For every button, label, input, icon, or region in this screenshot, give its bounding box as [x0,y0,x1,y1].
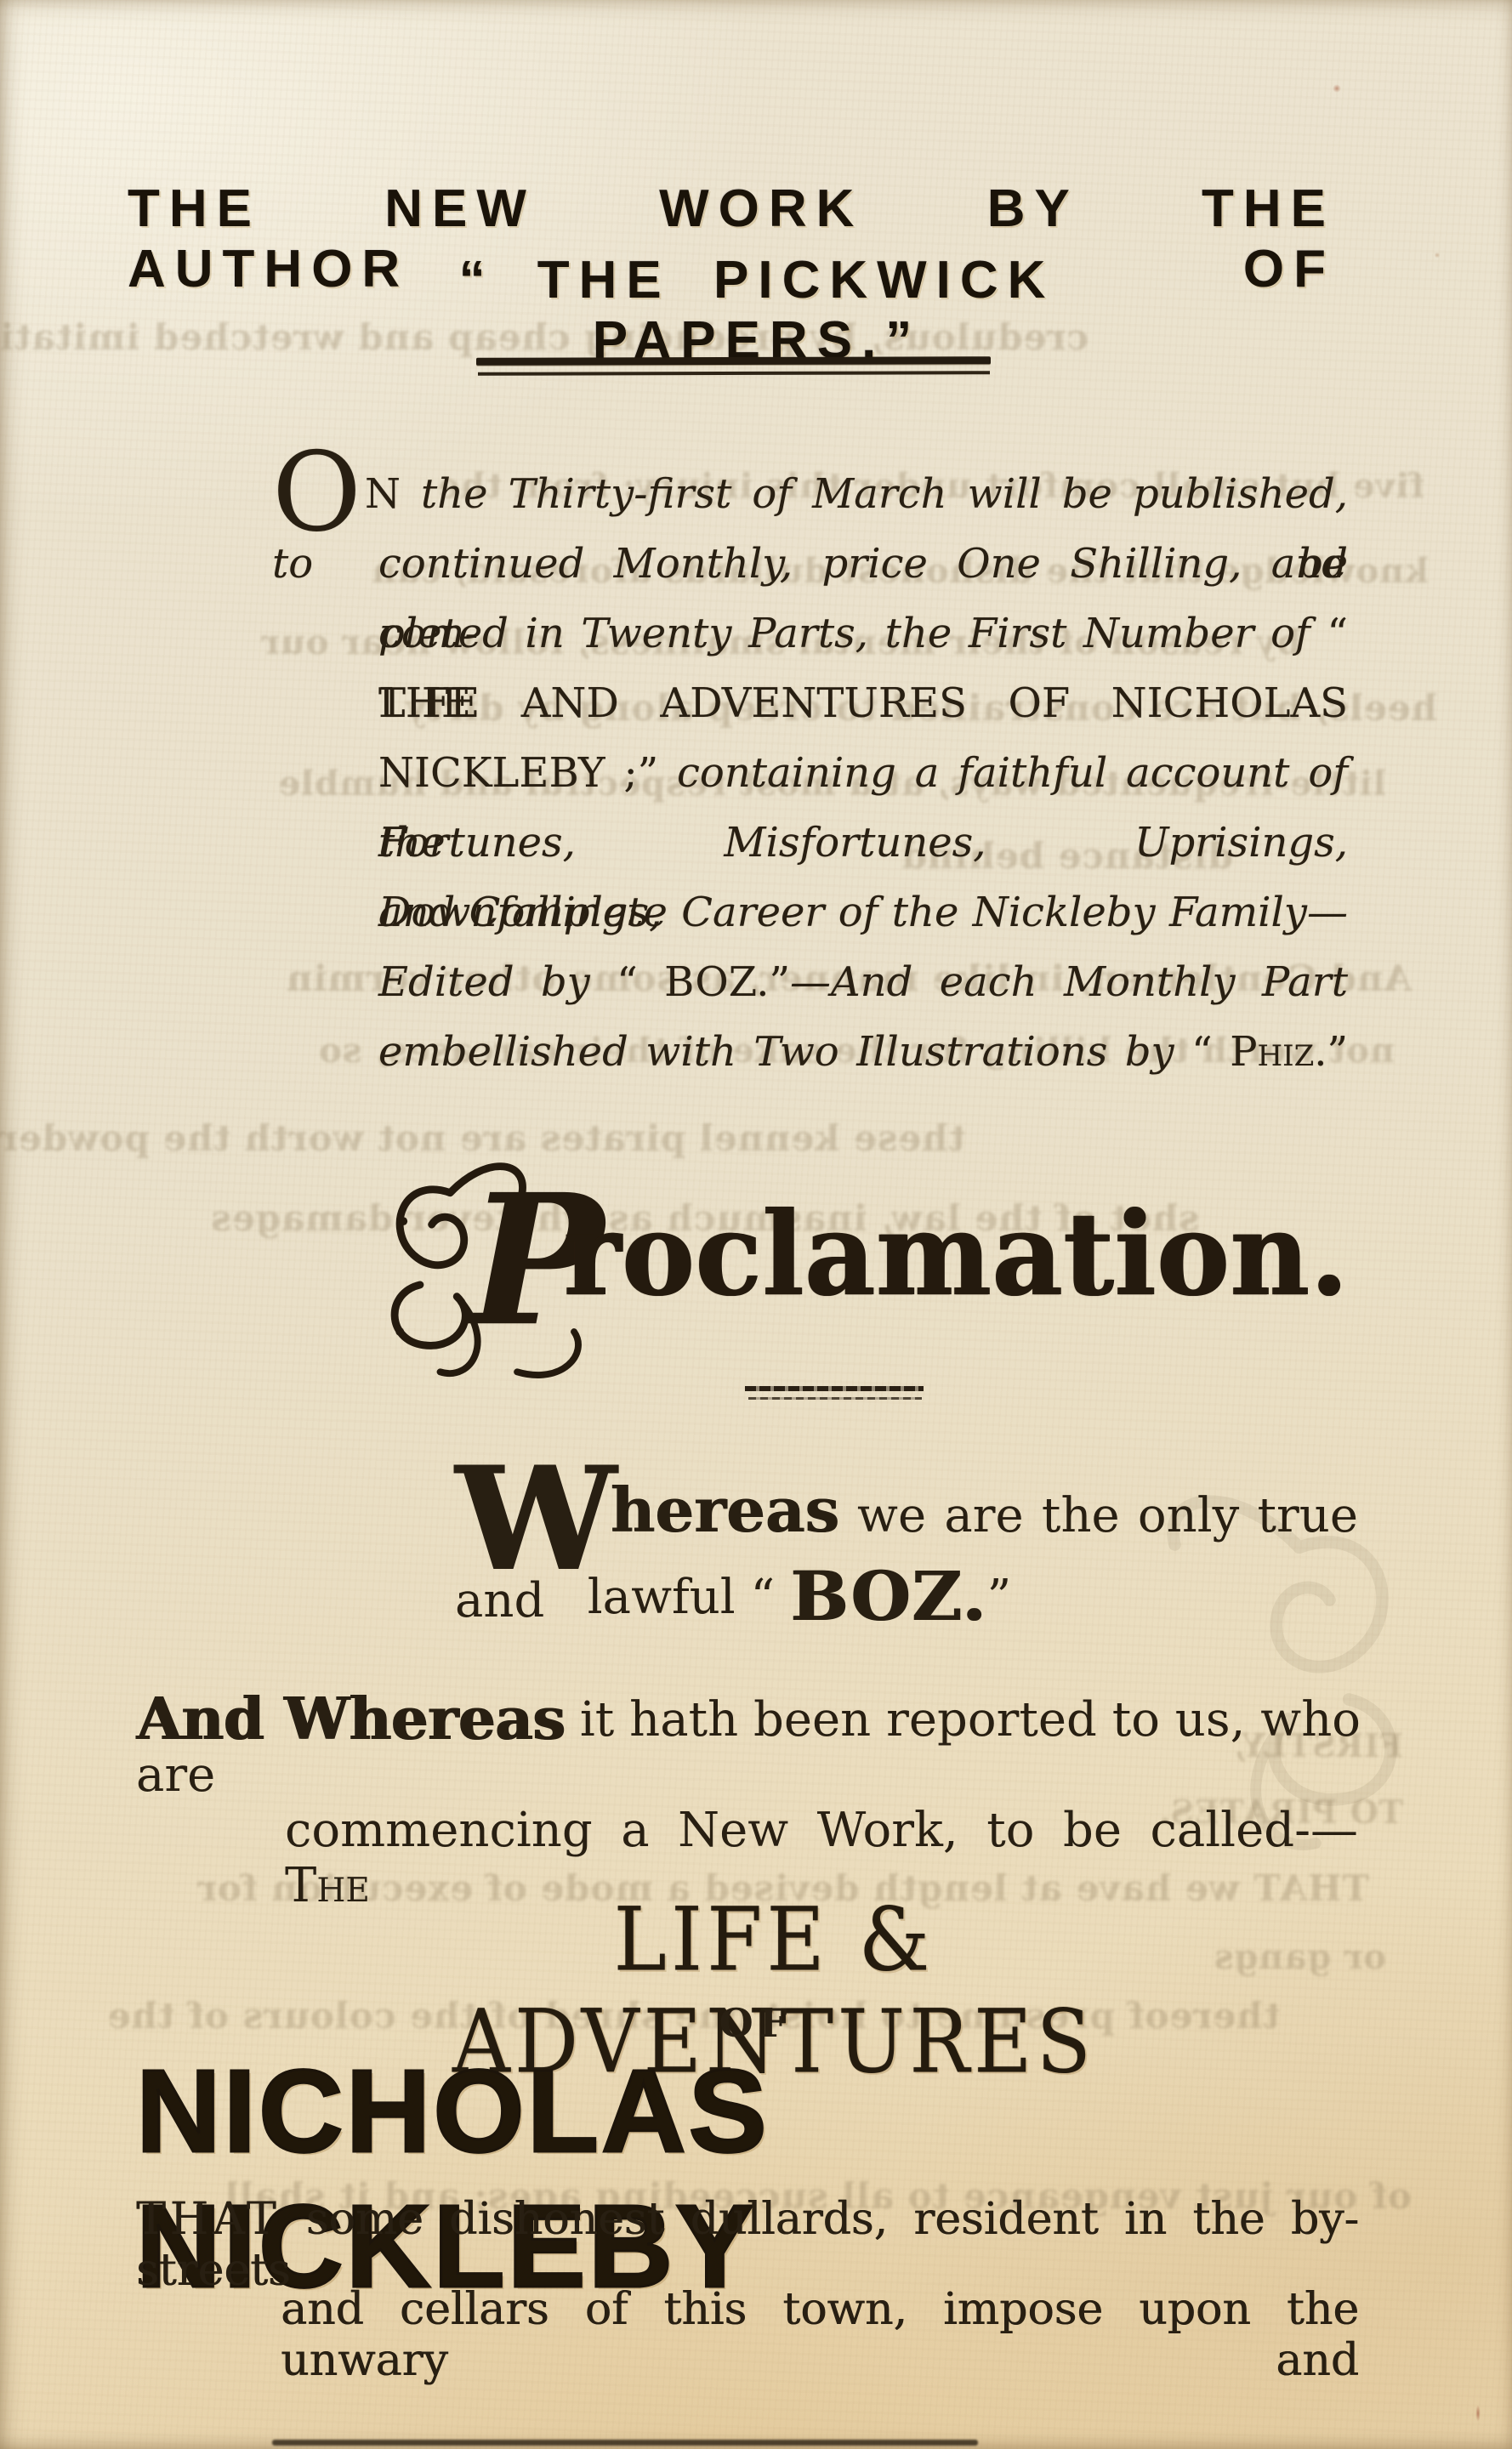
that-line1: THAT some dishonest dullards, resident i… [136,2194,1359,2296]
announcement-line: Fortunes, Misfortunes, Uprisings, Downfa… [378,808,1348,878]
that-word: THAT [136,2194,280,2245]
announcement-text: LIFE AND ADVENTURES OF NICHOLAS [378,679,1348,727]
announcement-line: embellished with Two Illustrations by “ … [378,1017,1348,1087]
small-rule-bottom [748,1397,922,1400]
announcement-text: Phiz.” [1230,1028,1348,1076]
and-whereas-line1: And Whereas it hath been reported to us,… [136,1692,1361,1803]
and-whereas-blackletter: And Whereas [136,1685,565,1753]
proclamation-word: roclamation. [563,1187,1348,1322]
double-rule-bottom [478,371,990,376]
title-of: OF [0,2000,1512,2046]
announcement-text: Edited by [378,958,617,1006]
whereas-blackletter: hereas [611,1474,839,1546]
announcement-line: NICKLEBY ;” containing a faithful accoun… [378,738,1348,808]
announcement-line: and Complete Career of the Nickleby Fami… [378,878,1348,947]
bleedthrough-line: or gangs [1242,1937,1386,1977]
scanned-advertisement-page: credulous, by producing cheap and wretch… [0,0,1512,2449]
announcement-paragraph: ON the Thirty-first of March will be pub… [378,459,1348,1087]
and-whereas-text: commencing a New Work, to be called-— [285,1803,1358,1858]
bottom-edge-mark [272,2440,978,2446]
whereas-line2: lawful “ BOZ.” [578,1570,1020,1625]
announcement-line: pleted in Twenty Parts, the First Number… [378,599,1348,668]
drop-cap: O [272,429,361,556]
announcement-text: NICKLEBY ;” [378,749,677,797]
announcement-text: —And each Monthly Part [790,958,1348,1006]
announcement-line: Edited by “ BOZ.”—And each Monthly Part [378,947,1348,1017]
announcement-text: and Complete Career of the Nickleby Fami… [378,889,1348,936]
small-rule-top [745,1386,924,1391]
whereas-text: lawful “ [588,1570,790,1625]
announcement-text: “ BOZ.” [617,958,790,1006]
that-line2: and cellars of this town, impose upon th… [281,2284,1359,2386]
announcement-line: LIFE AND ADVENTURES OF NICHOLAS [378,668,1348,738]
announcement-line: ON the Thirty-first of March will be pub… [272,459,1348,529]
announcement-text: pleted in Twenty Parts, the First Number… [378,610,1327,657]
that-text: some dishonest dullards, resident in the… [136,2194,1359,2296]
announcement-text: embellished with Two Illustrations by [378,1028,1191,1076]
announcement-line: continued Monthly, price One Shilling, a… [378,529,1348,599]
headline-line2: “ THE PICKWICK PAPERS.” [289,250,1225,371]
boz-blackletter: BOZ. [790,1556,987,1636]
whereas-text: ” [987,1570,1012,1625]
announcement-text: N [365,470,401,518]
announcement-text: “ [1191,1028,1230,1076]
double-rule-top [476,356,991,366]
